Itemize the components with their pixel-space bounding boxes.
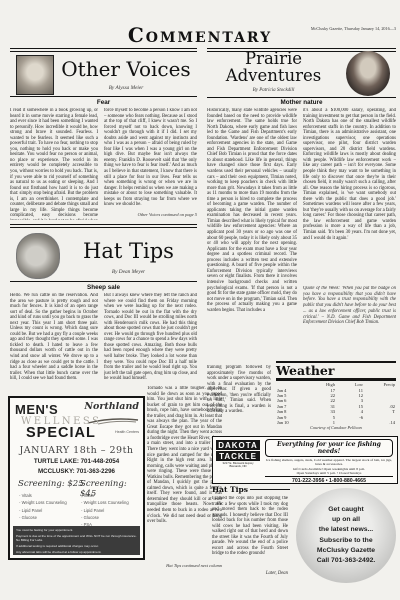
- prairie-adventures-rule: [207, 97, 396, 98]
- mens-ad-title-mens: MEN'S: [15, 402, 58, 417]
- weather-title: Weather: [276, 363, 396, 378]
- list-item: Vitals: [19, 492, 75, 499]
- fine-print-line: Any abnormal labs will be checked at a f…: [16, 550, 137, 555]
- hat-tips-signoff: Later, Dean: [212, 571, 288, 576]
- fine-print-line: If additional testing is required additi…: [16, 544, 137, 549]
- mother-nature-column-1b: training program followed by approximate…: [207, 365, 271, 432]
- hat-tips-continuation-header: Hat Tips: [212, 485, 290, 494]
- dakota-ad-phone: 701-222-3956 • 1-800-880-4665: [265, 476, 393, 484]
- mother-nature-column-2: it's about a $100,000 salary, operating,…: [303, 108, 396, 284]
- subscribe-line: Subscribe to the: [319, 536, 372, 546]
- other-voices-continued-note: Other Voices continued on page 5: [104, 212, 197, 217]
- fine-print-line: Payment is due at the time of the appoin…: [16, 534, 137, 543]
- hat-tips-continued-note: Hat Tips continued next column: [147, 563, 222, 568]
- weather-box: Weather High Low Precip Jan 41711 Jan 52…: [276, 361, 396, 432]
- northland-logo-text: Northland: [84, 401, 139, 412]
- other-voices-title: Other Voices: [55, 59, 197, 79]
- mother-nature-headline: Mother nature: [207, 99, 396, 106]
- other-voices-author-photo: [16, 55, 54, 95]
- mother-nature-column-1: Historically, many state wildlife agenci…: [207, 108, 297, 361]
- other-voices-rule: [10, 96, 197, 97]
- dakota-tackle-ad: DAKOTA TACKLE 3217 E. Bismarck Expwy Bis…: [212, 436, 398, 484]
- dakota-ad-line1: Ice fishing shelters, augers, sleds, Col…: [265, 458, 393, 467]
- dakota-tackle-logo: DAKOTA TACKLE 3217 E. Bismarck Expwy Bis…: [216, 440, 260, 469]
- mens-ad-phone-turtle-lake: TURTLE LAKE: 701-448-2054: [10, 458, 143, 465]
- dakota-ad-body: Everything for your ice fishing needs! I…: [265, 439, 393, 484]
- fine-print-line: You must be fasting for your appointment…: [16, 528, 137, 533]
- page-section-title: Commentary: [0, 23, 400, 47]
- subscribe-line: the latest news...: [319, 525, 373, 535]
- mens-ad-screening-25-items: Vitals Weight Loss Counseling Lipid Pane…: [19, 492, 75, 521]
- fear-headline: Fear: [10, 99, 197, 106]
- hat-tips-top-rule: [10, 224, 197, 228]
- dakota-logo-line2: TACKLE: [216, 451, 260, 461]
- hat-tips-column-4: I talked the cops into just stopping the…: [212, 496, 288, 570]
- hat-tips-title: Hat Tips: [60, 241, 197, 262]
- hat-tips-column-1: Hello. We run cattle on the reservation.…: [10, 293, 98, 392]
- weather-table: High Low Precip Jan 41711 Jan 52212 Jan …: [276, 382, 396, 425]
- list-item: Lipid Panel: [81, 507, 137, 514]
- fear-column-2: force myself to become a person I know I…: [104, 108, 197, 211]
- subscribe-line: Call 701-363-2492.: [317, 556, 376, 566]
- list-item: Glucose: [81, 514, 137, 521]
- weather-credit: Courtesy of Candace Pellican: [276, 425, 396, 430]
- left-section-rule: [10, 48, 197, 52]
- prairie-adventures-title: Prairie Adventures: [207, 51, 340, 85]
- mens-ad-phone-mcclusky: MCCLUSKY: 701-363-2296: [10, 468, 143, 475]
- list-item: Weight Loss Counseling: [19, 499, 75, 506]
- subscribe-ad: Get caught up on all the latest news... …: [296, 488, 396, 583]
- hat-tips-byline: By Dean Meyer: [60, 269, 197, 275]
- hat-tips-rule: [10, 281, 197, 282]
- mens-wellness-ad: MEN'S Northland Health Centers WELLNESS …: [8, 396, 145, 560]
- prairie-adventures-author-photo: [346, 51, 390, 96]
- mens-ad-screening-45-items: Vitals Weight Loss Counseling Lipid Pane…: [81, 492, 137, 529]
- subscribe-line: Get caught: [328, 505, 364, 515]
- mens-ad-price-25: Screening: $25: [18, 479, 84, 489]
- sheep-sale-headline: Sheep sale: [10, 284, 197, 291]
- prairie-adventures-title-line2: Adventures: [207, 68, 340, 85]
- hat-tips-continuation-rule: [250, 489, 290, 490]
- quote-of-the-week: Quote of the Week: 'When you put the bad…: [303, 286, 396, 358]
- weather-mid-rule: [276, 378, 396, 380]
- hat-tips-continuation-title: Hat Tips: [212, 485, 248, 494]
- prairie-adventures-byline: By Patricia Stockdill: [207, 88, 340, 93]
- list-item: Vitals: [81, 492, 137, 499]
- mens-ad-fine-print: You must be fasting for your appointment…: [13, 526, 140, 555]
- list-item: Glucose: [19, 514, 75, 521]
- dakota-address-line2: Bismarck, ND: [216, 465, 260, 468]
- dakota-ad-headline: Everything for your ice fishing needs!: [265, 439, 393, 457]
- hat-tips-hat-photo: [16, 233, 60, 279]
- mens-ad-title-special: SPECIAL: [26, 425, 96, 441]
- hat-tips-column-2: But I always knew where they left the ra…: [104, 293, 197, 392]
- subscribe-line: up on all: [332, 515, 360, 525]
- other-voices-byline: By Alyssa Meier: [55, 85, 197, 91]
- fear-column-1: I read it somewhere in a book growing up…: [10, 108, 98, 220]
- mens-ad-dates: JANUARY 18th – 29th: [10, 445, 143, 456]
- subscribe-line: McClusky Gazette: [317, 546, 375, 556]
- list-item: Weight Loss Counseling: [81, 499, 137, 506]
- list-item: Lipid Panel: [19, 507, 75, 514]
- dakota-logo-line1: DAKOTA: [216, 440, 260, 450]
- newspaper-page: McClusky Gazette, Thursday January 14, 2…: [0, 0, 400, 600]
